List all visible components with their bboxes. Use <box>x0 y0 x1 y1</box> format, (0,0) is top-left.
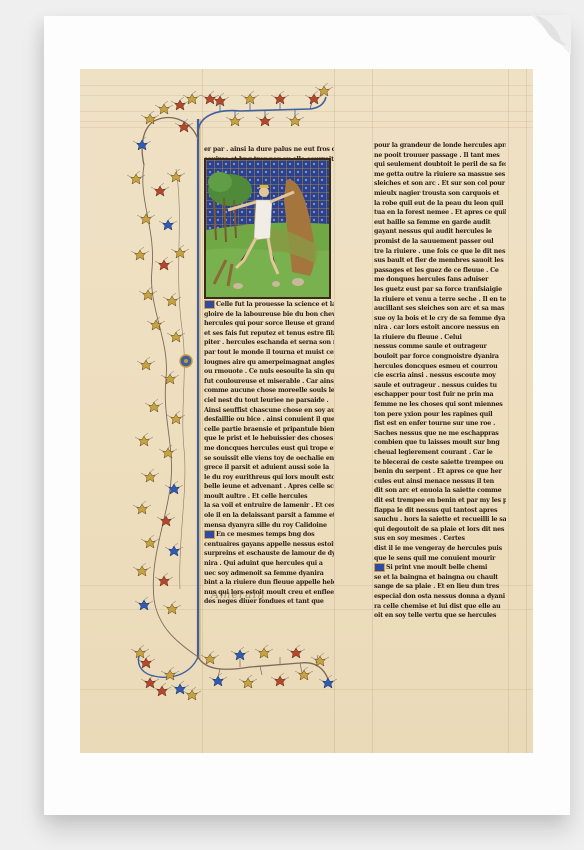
text-line: la riuiere et venu a terre seche . Il en… <box>374 295 506 305</box>
text-line: Celle fut la prouesse la science et la <box>204 300 334 310</box>
text-line: gloire de la laboureuse bie du bon cheva… <box>204 310 334 320</box>
text-line: me donques hercules fans aduiser <box>374 275 506 285</box>
text-line: belle ieune et advenant . Apres celle sc… <box>204 482 334 492</box>
text-line: cheual legierement courant . Car ie <box>374 448 506 458</box>
text-line: cules eut ainsi menace nessus il ten <box>374 477 506 487</box>
text-line: ole il en la delaissant parsit a famme e… <box>204 511 334 521</box>
text-line: aucillant ses sleiches son arc et sa mas <box>374 304 506 314</box>
print-paper: er par . ainsi la dure palus ne eut fros… <box>44 16 570 815</box>
text-span: la riuiere du fleuue . Celui <box>374 334 462 341</box>
decorated-initial-icon <box>204 300 215 309</box>
text-line: mieulx nagier trousta son carquois et <box>374 189 506 199</box>
text-line: tua en la forest nemee . Et apres ce qui… <box>374 208 506 218</box>
text-line: la robe quil eut de la peau du leon quil <box>374 199 506 209</box>
miniature-illustration <box>204 158 331 299</box>
text-line: pour la grandeur de londe hercules apram… <box>374 141 506 151</box>
text-line: eschapper pour tost fuir ne prin ma <box>374 390 506 400</box>
text-line: celle partie braensie et pripantule bien <box>204 425 334 435</box>
text-line: femme ne les choses qui sont miennes <box>374 400 506 410</box>
text-line: uec soy admenoit sa femme dyanira <box>204 569 334 579</box>
text-line: sue oy la bois et le cry de sa femme dya <box>374 314 506 324</box>
text-line: Si print vne moult belle chemi <box>374 563 506 573</box>
decorated-initial-icon <box>204 530 215 539</box>
decorated-initial-icon <box>374 563 385 572</box>
text-line: se et la baingna et baingna ou chault <box>374 573 506 583</box>
text-line: passages et les guez de ce fleuue . Ce <box>374 266 506 276</box>
text-line: les guetz eust par sa force tranfsiaigie <box>374 285 506 295</box>
text-line: mensa dyanyra sille du roy Calidoine <box>204 521 334 531</box>
text-line: especial don osta nessus donna a dyani <box>374 592 506 602</box>
text-line: et ses fais fut reputez et tenus estre f… <box>204 329 334 339</box>
text-line: piter . hercules eschanda et serna son n… <box>204 338 334 348</box>
text-line: eut baille sa femme en garde audit <box>374 218 506 228</box>
text-line: ne pooit trouuer passage . Il tant mes <box>374 151 506 161</box>
text-line: la sa voil et entruire de lamenir . Et c… <box>204 501 334 511</box>
left-text-column: Celle fut la prouesse la science et la g… <box>204 300 334 607</box>
text-line: sus en soy mesmes . Certes <box>374 534 506 544</box>
text-line: ciel nest du tout leuriee ne parsaide . <box>204 396 334 406</box>
text-line: desfaillie ou bice . ainsi conuient il q… <box>204 415 334 425</box>
text-line: saule et outrageur . nessus cuides tu <box>374 381 506 391</box>
text-line: ra celle chemise et lui dist que elle au <box>374 602 506 612</box>
text-line: qui degoutoit de sa plaie et lors dit ne… <box>374 525 506 535</box>
text-line: moult aultre . Et celle hercules <box>204 492 334 502</box>
text-line: surpreins et eschauste de lamour de dya <box>204 549 334 559</box>
text-line: te blecerai de ceste saiette trempee ou <box>374 458 506 468</box>
text-line: nira . car lors estoit ancore nessus en <box>374 323 506 333</box>
text-line: le du roy eurithreus qui lors moult esto… <box>204 473 334 483</box>
text-line: cie escria ainsi . nessus escoute moy <box>374 371 506 381</box>
text-line: sleiches et son arc . Et sur son col pou… <box>374 179 506 189</box>
text-line: la riuiere du fleuue . Celui <box>374 333 506 343</box>
text-line: fist est en enfer tourne sur une roe . <box>374 419 506 429</box>
text-line: qui seulement doubtoit le peril de sa fe… <box>374 160 506 170</box>
text-line: que le sens quil me conuient mourir <box>374 554 506 564</box>
text-line: ou rmouote . Ce nuls eesouite la sin qui… <box>204 367 334 377</box>
text-line: sange de sa plaie . Et en lieu dun tres <box>374 582 506 592</box>
text-line: promist de la sauuement passer oul <box>374 237 506 247</box>
right-text-column: pour la grandeur de londe hercules apram… <box>374 141 506 621</box>
text-line: Saches nessus que ne me eschappras <box>374 429 506 439</box>
text-line: oit en soy telle vertu que se hercules <box>374 611 506 621</box>
text-line: hercules qui pour sorce lleuse et grande… <box>204 319 334 329</box>
text-span: Celle fut la prouesse la science et la <box>216 301 334 308</box>
text-line: centuaires gayans appelle nessus estoit <box>204 540 334 550</box>
text-line: gayant nessus qui audit hercules le <box>374 227 506 237</box>
text-line: En ce mesmes temps bng dos <box>204 530 334 540</box>
text-line: par tout le monde il tourna et muist cen… <box>204 348 334 358</box>
text-line: bouloit par force congnoistre dyanira <box>374 352 506 362</box>
text-line: dit son arc et enuoia la saiette comme <box>374 486 506 496</box>
text-line: dit est trempee en benin et par my les p… <box>374 496 506 506</box>
text-line: fut couloureuse et miserable . Car ainsi <box>204 377 334 387</box>
text-line: dist il ie me vengeray de hercules puis <box>374 544 506 554</box>
page-curl-icon <box>531 15 571 55</box>
text-line: me getta outre la riuiere sa massue ses <box>374 170 506 180</box>
text-line: sus bault et fier de membres sauoit les <box>374 256 506 266</box>
text-span: Si print vne moult belle chemi <box>386 564 487 571</box>
text-line: que le prist et le hebuissier des choses… <box>204 434 334 444</box>
text-line: comme aucune chose moreelle souls le <box>204 386 334 396</box>
text-span: En ce mesmes temps bng dos <box>216 531 314 538</box>
text-span: ne pooit trouuer passage . Il tant mes <box>374 152 500 159</box>
text-line: se souissit elle viens toy de oechalie e… <box>204 454 334 464</box>
text-line: me doncques hercules eust qui trope et <box>204 444 334 454</box>
text-line: benin du serpent . Et apres ce que her <box>374 467 506 477</box>
text-line: combien que tu laisses moult sur bng <box>374 438 506 448</box>
text-line: hercules doncques esmeu et courrou <box>374 362 506 372</box>
manuscript-folio: er par . ainsi la dure palus ne eut fros… <box>80 69 533 753</box>
text-line: er par . ainsi la dure palus ne eut fros… <box>204 145 334 155</box>
text-line: sauchu . hors la saiette et recueilli le… <box>374 515 506 525</box>
text-line: fiappa le dit nessus qui tantost apres <box>374 506 506 516</box>
hercules-uprooting-tree-image <box>206 160 329 297</box>
text-line: nira . Qui aduint que hercules qui a <box>204 559 334 569</box>
text-line: bint a la riuiere dun fleuue appelle hel… <box>204 578 334 588</box>
text-line: nessus comme saule et outrageur <box>374 342 506 352</box>
text-line: grece il parsit et aduient aussi soie la <box>204 463 334 473</box>
text-line: lougnes aire qu amerpeimagnat angles <box>204 358 334 368</box>
text-line: ton pere yxion pour les rapines quil <box>374 410 506 420</box>
marginal-note: Amerain <box>211 588 265 601</box>
text-line: tre la riuiere . une fois ce que le dit … <box>374 247 506 257</box>
text-line: Ainsi seuffist chascune chose en soy auc… <box>204 406 334 416</box>
